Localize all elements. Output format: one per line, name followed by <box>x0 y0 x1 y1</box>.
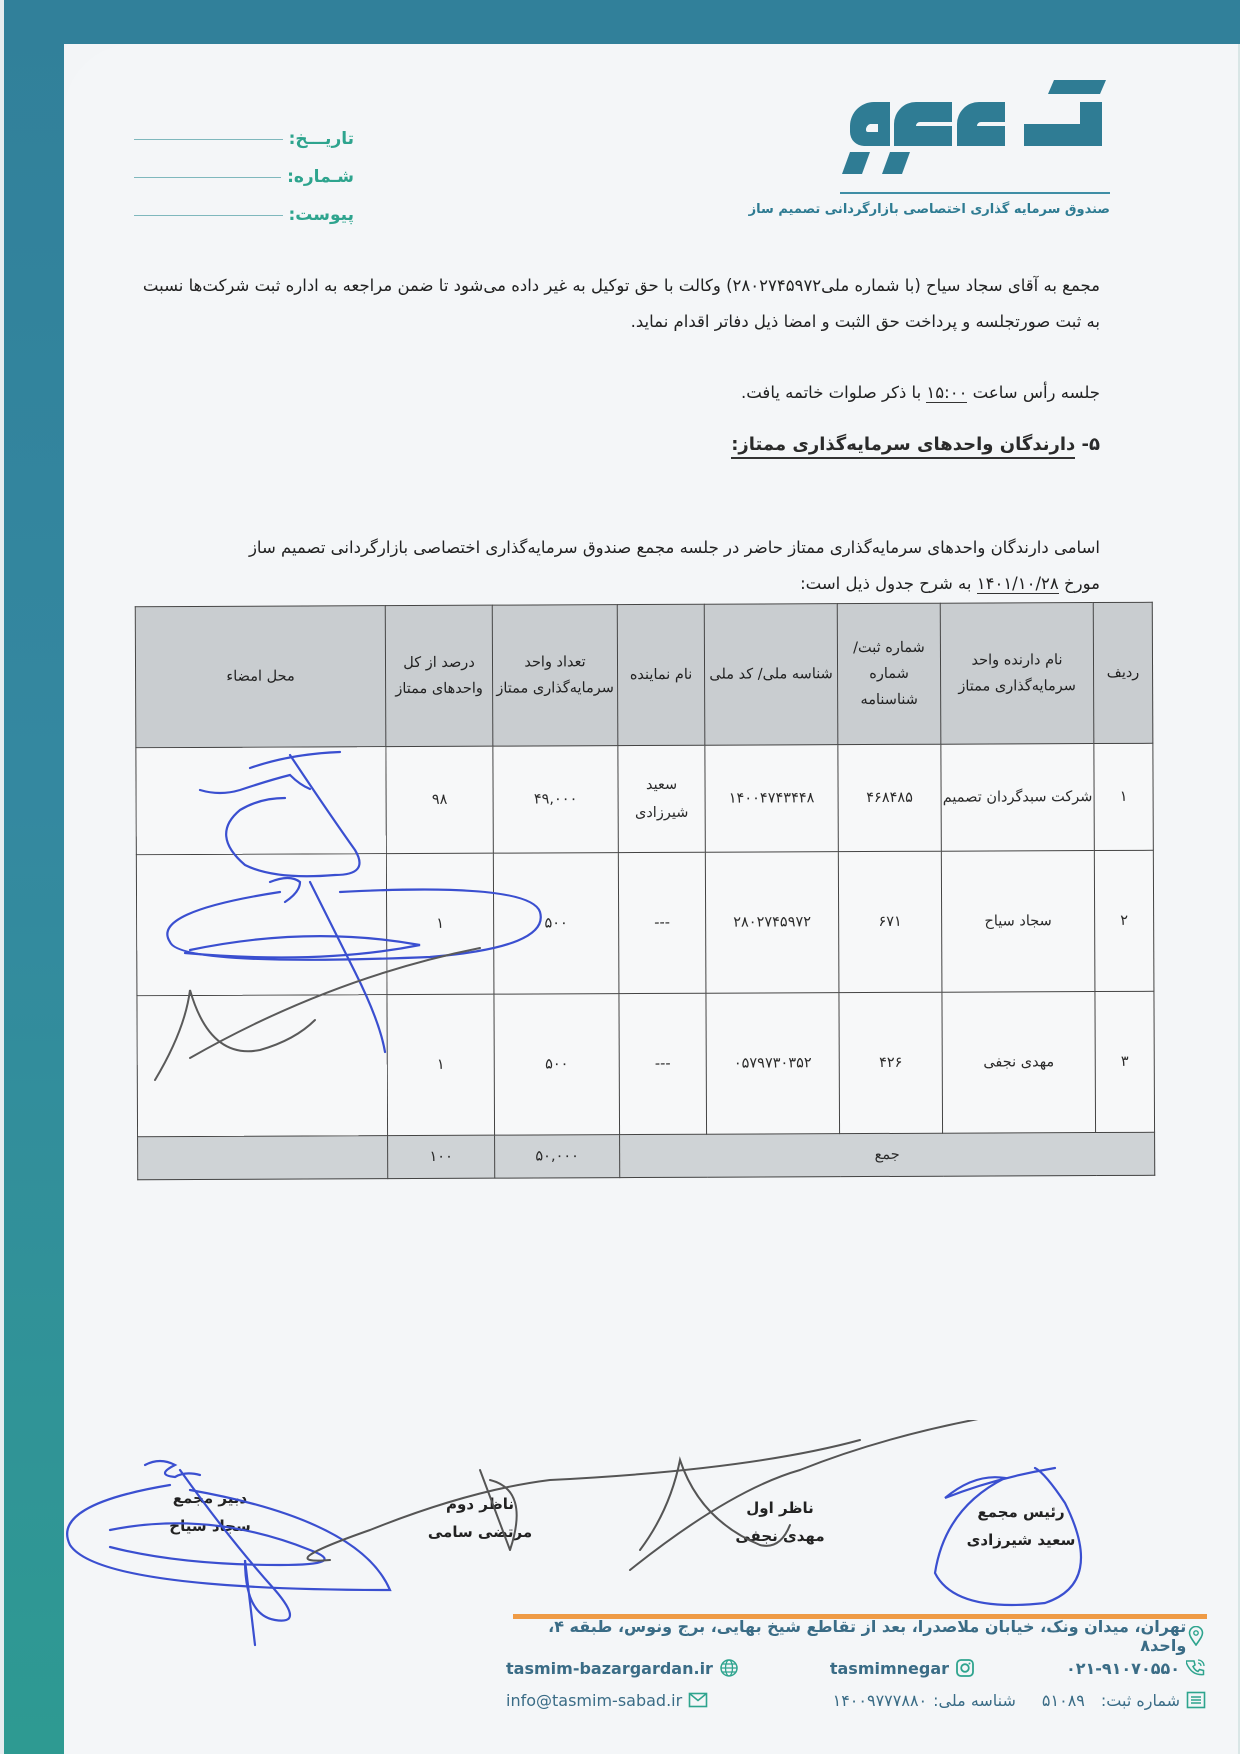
logo-divider <box>840 192 1110 194</box>
table-row: ۲ سجاد سیاح ۶۷۱ ۲۸۰۲۷۴۵۹۷۲ --- ۵۰۰ ۱ <box>136 850 1154 995</box>
national-id-value: ۱۴۰۰۹۷۷۷۸۸۰ <box>833 1691 928 1710</box>
signatory-role: رئیس مجمع <box>946 1498 1096 1526</box>
intro-prefix: مورخ <box>1059 574 1100 593</box>
signatory-role: ناظر اول <box>720 1494 840 1522</box>
reg-label: شماره ثبت: <box>1101 1691 1180 1710</box>
fund-name: صندوق سرمایه گذاری اختصاصی بازارگردانی ت… <box>840 202 1110 217</box>
letterhead-top-band <box>0 0 1240 44</box>
cell-percent: ۹۸ <box>386 746 493 853</box>
letterhead-left-band <box>0 0 64 1754</box>
date-label: تاریـــخ: <box>289 129 354 149</box>
number-field: شـماره: <box>134 158 354 196</box>
preferred-unit-holders-table: ردیف نام دارنده واحد سرمایه‌گذاری ممتاز … <box>135 602 1155 1180</box>
footer-registration-row: شماره ثبت: ۵۱۰۸۹ شناسه ملی: ۱۴۰۰۹۷۷۷۸۸۰ … <box>506 1684 1206 1716</box>
letter-footer: تهران، میدان ونک، خیابان ملاصدرا، بعد از… <box>506 1620 1206 1716</box>
signatory-second-observer: ناظر دوم مرتضی سامی <box>420 1490 540 1546</box>
total-label: جمع <box>620 1132 1155 1177</box>
date-field: تاریـــخ: <box>134 120 354 158</box>
instagram-handle: tasmimnegar <box>830 1659 949 1678</box>
cell-representative: --- <box>619 993 707 1134</box>
close-text-suffix: با ذکر صلوات خاتمه یافت. <box>741 383 926 402</box>
company-logo: صندوق سرمایه گذاری اختصاصی بازارگردانی ت… <box>840 72 1110 217</box>
header-signature: محل امضاء <box>135 606 386 748</box>
footer-address: تهران، میدان ونک، خیابان ملاصدرا، بعد از… <box>506 1617 1186 1655</box>
attachment-label: پیوست: <box>289 205 355 225</box>
header-national-id: شناسه ملی/ کد ملی <box>704 604 838 746</box>
cell-signature <box>136 747 386 855</box>
header-unit-count: تعداد واحد سرمایه‌گذاری ممتاز <box>492 605 618 747</box>
cell-signature <box>136 854 387 996</box>
table-total-row: جمع ۵۰,۰۰۰ ۱۰۰ <box>138 1132 1155 1179</box>
cell-holder-name: سجاد سیاح <box>941 851 1095 993</box>
cell-signature <box>137 995 388 1137</box>
cell-percent: ۱ <box>387 994 495 1135</box>
cell-unit-count: ۵۰۰ <box>494 994 620 1136</box>
cell-holder-name: مهدی نجفی <box>942 992 1096 1134</box>
website-url: tasmim-bazargardan.ir <box>506 1659 713 1678</box>
tasmim-logo-icon <box>840 72 1110 184</box>
footer-phone[interactable]: ۰۲۱-۹۱۰۷۰۵۵۰ <box>1066 1658 1206 1678</box>
number-label: شـماره: <box>287 167 354 187</box>
header-reg-number: شماره ثبت/ شماره شناسنامه <box>837 603 941 744</box>
total-signature-blank <box>138 1136 388 1180</box>
section-title: دارندگان واحدهای سرمایه‌گذاری ممتاز: <box>731 434 1075 459</box>
email-address: info@tasmim-sabad.ir <box>506 1691 682 1710</box>
reg-value: ۵۱۰۸۹ <box>1042 1691 1085 1710</box>
footer-address-row: تهران، میدان ونک، خیابان ملاصدرا، بعد از… <box>506 1620 1206 1652</box>
signatory-name: مهدی نجفی <box>720 1522 840 1550</box>
table-row: ۱ شرکت سبدگردان تصمیم ۴۶۸۴۸۵ ۱۴۰۰۴۷۴۳۴۴۸… <box>136 743 1153 854</box>
cell-reg-number: ۴۶۸۴۸۵ <box>838 744 941 851</box>
table-header-row: ردیف نام دارنده واحد سرمایه‌گذاری ممتاز … <box>135 602 1153 747</box>
footer-website[interactable]: tasmim-bazargardan.ir <box>506 1658 739 1678</box>
cell-percent: ۱ <box>386 853 494 994</box>
cell-reg-number: ۶۷۱ <box>838 851 942 992</box>
date-line <box>134 139 283 140</box>
intro-line-2: مورخ ۱۴۰۱/۱۰/۲۸ به شرح جدول ذیل است: <box>140 566 1100 602</box>
section-number: ۵- <box>1075 434 1100 455</box>
cell-national-id: ۰۵۷۹۷۳۰۳۵۲ <box>706 993 840 1135</box>
scan-edge <box>0 0 4 1754</box>
section-heading: ۵- دارندگان واحدهای سرمایه‌گذاری ممتاز: <box>731 434 1100 455</box>
signatory-role: ناظر دوم <box>420 1490 540 1518</box>
footer-instagram[interactable]: tasmimnegar <box>830 1658 975 1678</box>
signatory-name: سعید شیرزادی <box>946 1526 1096 1554</box>
signatory-first-observer: ناظر اول مهدی نجفی <box>720 1494 840 1550</box>
total-units: ۵۰,۰۰۰ <box>495 1135 620 1179</box>
power-of-attorney-paragraph: مجمع به آقای سجاد سیاح (با شماره ملی۲۸۰۲… <box>140 268 1100 340</box>
mail-icon <box>688 1690 708 1710</box>
footer-contact-row: ۰۲۱-۹۱۰۷۰۵۵۰ tasmimnegar tasmim-bazargar… <box>506 1652 1206 1684</box>
attachment-field: پیوست: <box>134 196 354 234</box>
signatory-secretary: دبیر مجمع سجاد سیاح <box>140 1484 280 1540</box>
footer-registration: شماره ثبت: ۵۱۰۸۹ شناسه ملی: ۱۴۰۰۹۷۷۷۸۸۰ <box>833 1690 1206 1710</box>
instagram-icon <box>955 1658 975 1678</box>
header-row-number: ردیف <box>1093 602 1153 743</box>
close-time: ۱۵:۰۰ <box>926 383 967 403</box>
signatory-name: سجاد سیاح <box>140 1512 280 1540</box>
header-percent: درصد از کل واحدهای ممتاز <box>385 605 493 746</box>
cell-representative: --- <box>618 852 706 993</box>
meeting-date: ۱۴۰۱/۱۰/۲۸ <box>977 574 1059 594</box>
meeting-close-paragraph: جلسه رأس ساعت ۱۵:۰۰ با ذکر صلوات خاتمه ی… <box>500 375 1100 411</box>
total-percent: ۱۰۰ <box>388 1135 495 1178</box>
intro-suffix: به شرح جدول ذیل است: <box>800 574 977 593</box>
phone-icon <box>1186 1658 1206 1678</box>
cell-unit-count: ۴۹,۰۰۰ <box>493 746 618 854</box>
location-pin-icon <box>1186 1626 1206 1646</box>
attachment-line <box>134 215 283 216</box>
cell-unit-count: ۵۰۰ <box>493 853 619 995</box>
signatory-name: مرتضی سامی <box>420 1518 540 1546</box>
cell-row-number: ۳ <box>1095 991 1155 1132</box>
national-id-label: شناسه ملی: <box>933 1691 1016 1710</box>
number-line <box>134 177 281 178</box>
letter-meta-fields: تاریـــخ: شـماره: پیوست: <box>134 120 354 234</box>
globe-icon <box>719 1658 739 1678</box>
close-text-prefix: جلسه رأس ساعت <box>967 383 1100 402</box>
holders-intro-paragraph: اسامی دارندگان واحدهای سرمایه‌گذاری ممتا… <box>140 530 1100 602</box>
cell-holder-name: شرکت سبدگردان تصمیم <box>941 744 1094 852</box>
header-representative: نام نماینده <box>617 604 705 745</box>
signatory-chairman: رئیس مجمع سعید شیرزادی <box>946 1498 1096 1554</box>
signatory-role: دبیر مجمع <box>140 1484 280 1512</box>
table-row: ۳ مهدی نجفی ۴۲۶ ۰۵۷۹۷۳۰۳۵۲ --- ۵۰۰ ۱ <box>137 991 1155 1136</box>
cell-reg-number: ۴۲۶ <box>839 992 943 1133</box>
cell-row-number: ۲ <box>1094 850 1154 991</box>
cell-national-id: ۱۴۰۰۴۷۴۳۴۴۸ <box>705 745 838 853</box>
intro-line-1: اسامی دارندگان واحدهای سرمایه‌گذاری ممتا… <box>140 530 1100 566</box>
document-icon <box>1186 1690 1206 1710</box>
header-holder-name: نام دارنده واحد سرمایه‌گذاری ممتاز <box>940 603 1094 745</box>
phone-number: ۰۲۱-۹۱۰۷۰۵۵۰ <box>1066 1659 1180 1678</box>
cell-row-number: ۱ <box>1094 743 1153 850</box>
cell-national-id: ۲۸۰۲۷۴۵۹۷۲ <box>705 852 839 994</box>
footer-email[interactable]: info@tasmim-sabad.ir <box>506 1690 708 1710</box>
cell-representative: سعید شیرزادی <box>618 745 705 852</box>
